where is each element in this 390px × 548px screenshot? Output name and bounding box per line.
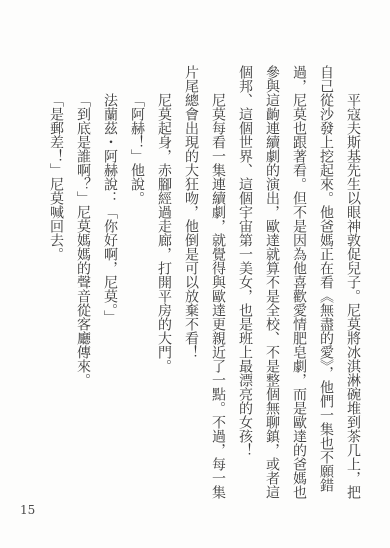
paragraph: 尼莫每看一集連續劇，就覺得與歐達更親近了一點。不過，每一集片尾總會出現的大狂吻，… xyxy=(177,65,231,501)
vertical-text-block: 平寇夫斯基先生以眼神敦促兒子。尼莫將冰淇淋碗堆到茶几上，把自己從沙發上挖起來。他… xyxy=(42,65,366,501)
page-number: 15 xyxy=(20,503,35,517)
paragraph-dialogue: 「到底是誰啊？」尼莫媽媽的聲音從客廳傳來。 xyxy=(69,65,96,501)
paragraph: 尼莫起身，赤腳經過走廊，打開平房的大門。 xyxy=(150,65,177,501)
paragraph-dialogue: 「是郵差！」尼莫喊回去。 xyxy=(42,65,69,501)
paragraph-dialogue: 法蘭茲・阿赫說：「你好啊，尼莫。」 xyxy=(96,65,123,501)
paragraph: 平寇夫斯基先生以眼神敦促兒子。尼莫將冰淇淋碗堆到茶几上，把自己從沙發上挖起來。他… xyxy=(231,65,366,501)
book-page: 平寇夫斯基先生以眼神敦促兒子。尼莫將冰淇淋碗堆到茶几上，把自己從沙發上挖起來。他… xyxy=(0,0,390,548)
paragraph-dialogue: 「阿赫！」他說。 xyxy=(123,65,150,501)
